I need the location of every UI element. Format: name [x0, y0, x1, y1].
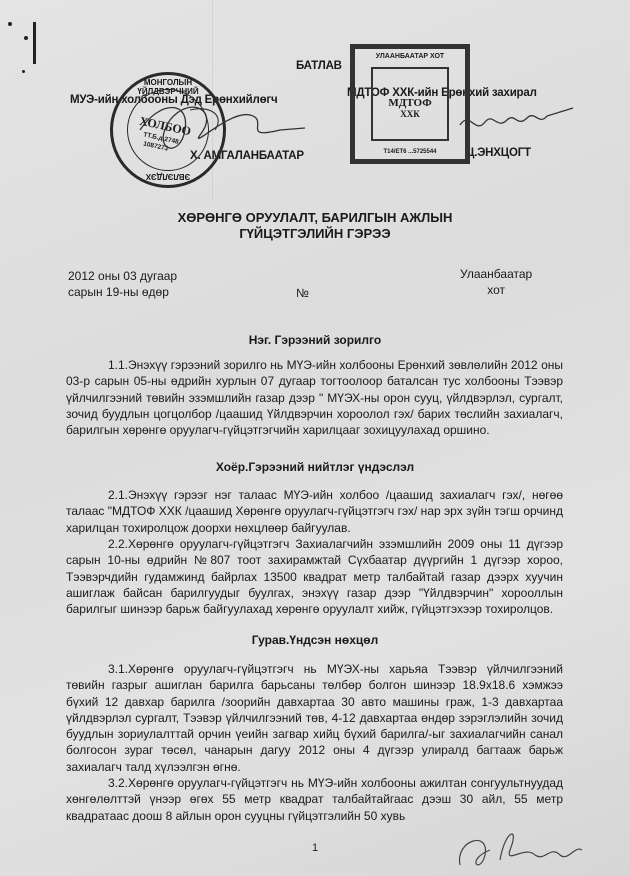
clause-2-2: 2.2.Хөрөнгө оруулагч-гүйцэтгэгч Захиалаг…: [66, 536, 563, 617]
left-signature-icon: [130, 90, 310, 160]
page-initials-signature-icon: [450, 820, 590, 876]
page-number: 1: [312, 842, 318, 854]
document-page: БАТЛАВ МУЭ-ийн холбооны Дэд Ерөнхийлөгч …: [0, 0, 630, 876]
section-title: Хоёр.Гэрээний нийтлэг үндэслэл: [0, 460, 630, 474]
place-line1: Улаанбаатар: [460, 266, 532, 282]
stamp-company-text: МДТОФ: [355, 97, 465, 109]
document-title-line2: ГҮЙЦЭТГЭЛИЙН ГЭРЭЭ: [0, 226, 630, 242]
place-line2: хот: [460, 282, 532, 298]
scan-speck: [8, 22, 12, 26]
clause-3-1: 3.1.Хөрөнгө оруулагч-гүйцэтгэгч нь МҮЭХ-…: [66, 661, 563, 775]
stamp-company-name: МДТОФ ХХК: [355, 97, 465, 119]
clause-3-2: 3.2.Хөрөнгө оруулагч-гүйцэтгэгч нь МҮЭ-и…: [66, 775, 563, 824]
right-signatory-name: Ц.ЭНХЦОГТ: [466, 147, 531, 159]
section-title: Гурав.Үндсэн нөхцөл: [0, 633, 630, 647]
contract-number-label: №: [296, 285, 309, 301]
date-line2: сарын 19-ны өдөр: [68, 284, 177, 300]
document-title-line1: ХӨРӨНГӨ ОРУУЛАЛТ, БАРИЛГЫН АЖЛЫН: [0, 210, 630, 226]
right-signature-icon: [455, 100, 575, 140]
stamp-city-text: УЛААНБААТАР ХОТ: [355, 53, 465, 60]
square-company-stamp: УЛААНБААТАР ХОТ МДТОФ ХХК Т14/ЕТ6 ...572…: [350, 44, 470, 164]
stamp-company-type: ХХК: [355, 109, 465, 119]
approved-label: БАТЛАВ: [296, 60, 342, 72]
seal-bottom-text: ЭВЛЭЛДЭХ: [113, 172, 223, 181]
date-line1: 2012 оны 03 дугаар: [68, 268, 177, 284]
section-title: Нэг. Гэрээний зорилго: [0, 333, 630, 347]
scan-speck: [24, 36, 28, 40]
clause-2-1: 2.1.Энэхүү гэрээг нэг талаас МҮЭ-ийн хол…: [66, 487, 563, 536]
contract-date: 2012 оны 03 дугаар сарын 19-ны өдөр: [68, 268, 177, 300]
scan-mark: [33, 22, 36, 64]
clause-1-1: 1.1.Энэхүү гэрээний зорилго нь МҮЭ-ийн х…: [66, 357, 563, 438]
scan-speck: [22, 70, 25, 73]
contract-place: Улаанбаатар хот: [460, 266, 532, 298]
stamp-bottom-text: Т14/ЕТ6 ...5725544: [355, 149, 465, 155]
